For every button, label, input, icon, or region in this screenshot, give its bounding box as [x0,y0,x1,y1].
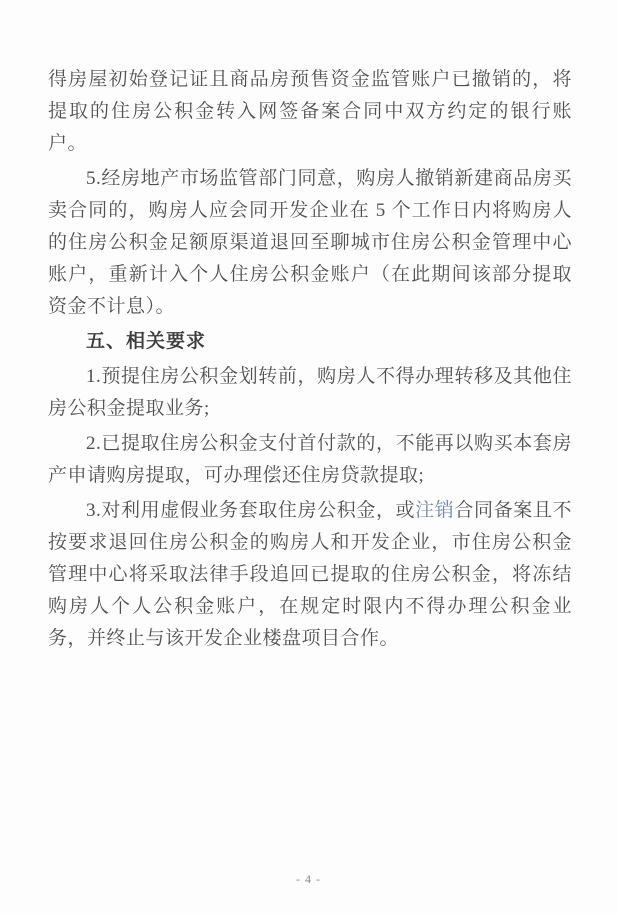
paragraph-continuation: 得房屋初始登记证且商品房预售资金监管账户已撤销的，将提取的住房公积金转入网签备案… [48,64,572,160]
document-page: 得房屋初始登记证且商品房预售资金监管账户已撤销的，将提取的住房公积金转入网签备案… [0,0,617,913]
paragraph-item-1: 1.预提住房公积金划转前，购房人不得办理转移及其他住房公积金提取业务; [48,361,572,425]
highlighted-term: 注销 [415,500,454,521]
paragraph-item-3-post: 合同备案且不按要求退回住房公积金的购房人和开发企业，市住房公积金管理中心将采取法… [48,500,572,649]
paragraph-item-3: 3.对利用虚假业务套取住房公积金，或注销合同备案且不按要求退回住房公积金的购房人… [48,495,572,655]
paragraph-item-3-pre: 3.对利用虚假业务套取住房公积金，或 [86,500,415,521]
document-body: 得房屋初始登记证且商品房预售资金监管账户已撤销的，将提取的住房公积金转入网签备案… [48,64,572,658]
paragraph-item-5: 5.经房地产市场监管部门同意，购房人撤销新建商品房买卖合同的，购房人应会同开发企… [48,163,572,323]
section-heading-related-requirements: 五、相关要求 [48,326,572,358]
page-number: - 4 - [0,872,617,887]
paragraph-item-2: 2.已提取住房公积金支付首付款的，不能再以购买本套房产申请购房提取，可办理偿还住… [48,428,572,492]
